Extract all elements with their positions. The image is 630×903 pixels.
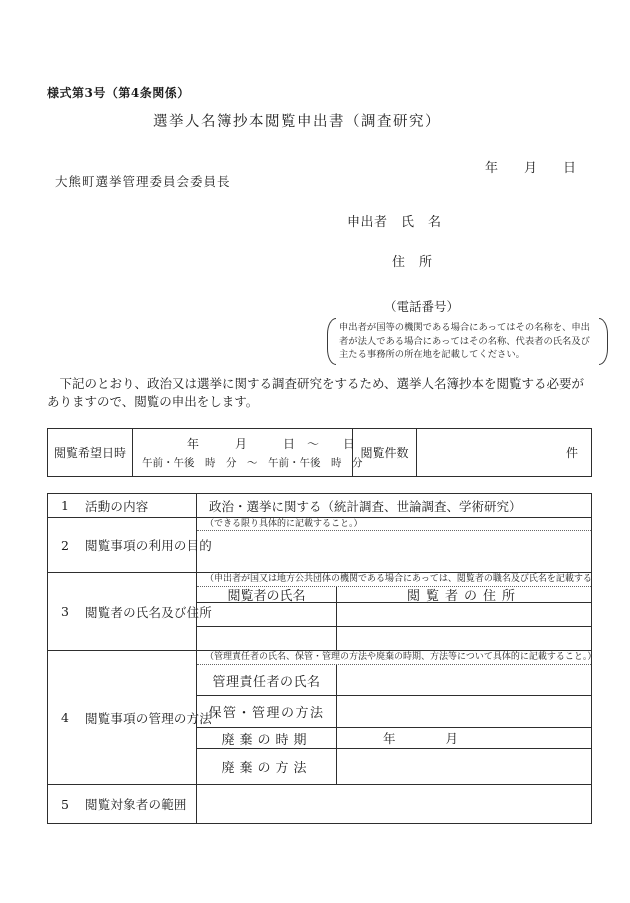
row-header: 3 閲覧者の氏名及び住所 [48, 573, 197, 650]
table-row-target-scope: 5 閲覧対象者の範囲 [48, 785, 591, 823]
disposal-method-row: 廃棄の方法 [197, 749, 591, 784]
purpose-note: （できる限り具体的に記載すること。） [197, 518, 591, 531]
page-title: 選挙人名簿抄本閲覧申出書（調査研究） [0, 110, 612, 131]
row-header: 5 閲覧対象者の範囲 [48, 785, 197, 823]
storage-method-label: 保管・管理の方法 [197, 696, 337, 727]
viewer-entry-row [197, 603, 591, 627]
row-label: 活動の内容 [85, 497, 149, 515]
applicant-note-text: 申出者が国等の機関である場合にあってはその名称を、申出 者が法人である場合にあっ… [336, 318, 599, 365]
left-bracket [327, 318, 336, 365]
row-number: 5 [61, 797, 68, 812]
storage-method-value [337, 696, 591, 727]
applicant-note-line: 申出者が国等の機関である場合にあってはその名称を、申出 [339, 321, 596, 335]
row-label: 閲覧事項の管理の方法 [85, 709, 212, 727]
applicant-note: 申出者が国等の機関である場合にあってはその名称を、申出 者が法人である場合にあっ… [327, 318, 608, 365]
row-header: 1 活動の内容 [48, 494, 197, 517]
viewer-address-cell [337, 627, 591, 651]
manager-name-row: 管理責任者の氏名 [197, 665, 591, 696]
viewer-name-header: 閲覧者の氏名 [197, 587, 337, 602]
row-label: 閲覧対象者の範囲 [85, 795, 187, 813]
row-number: 1 [61, 498, 68, 513]
view-count-label: 閲覧件数 [353, 429, 417, 476]
desired-datetime-label: 閲覧希望日時 [48, 429, 133, 476]
disposal-method-value [337, 749, 591, 784]
applicant-note-line: 主たる事務所の所在地を記載してください。 [339, 348, 596, 362]
applicant-name-label: 申出者 氏 名 [347, 211, 442, 230]
phone-number-label: （電話番号） [384, 297, 459, 315]
disposal-time-label: 廃棄の時期 [197, 728, 337, 748]
disposal-method-label: 廃棄の方法 [197, 749, 337, 784]
body-paragraph: 下記のとおり、政治又は選挙に関する調査研究をするため、選挙人名簿抄本を閲覧する必… [47, 375, 593, 410]
applicant-address-label: 住 所 [392, 251, 433, 270]
desired-datetime-cell: 年 月 日 ～ 日 午前・午後 時 分 ～ 午前・午後 時 分 [133, 429, 353, 476]
viewer-name-cell [197, 603, 337, 626]
viewers-header-row: 閲覧者の氏名 閲覧者の住所 [197, 587, 591, 603]
row-header: 4 閲覧事項の管理の方法 [48, 651, 197, 784]
row-label: 閲覧者の氏名及び住所 [85, 603, 212, 621]
applicant-note-line: 者が法人である場合にあってはその名称、代表者の氏名及び [339, 335, 596, 349]
activity-content: 政治・選挙に関する（統計調査、世論調査、学術研究） [197, 494, 591, 517]
target-scope-blank-area [197, 785, 591, 823]
disposal-time-row: 廃棄の時期 年 月 [197, 728, 591, 749]
view-count-unit: 件 [417, 429, 591, 476]
datetime-line-time: 午前・午後 時 分 ～ 午前・午後 時 分 [133, 455, 352, 470]
viewer-address-cell [337, 603, 591, 626]
viewer-entry-row [197, 627, 591, 651]
addressee-line: 大熊町選挙管理委員会委員長 [55, 172, 231, 190]
viewer-name-cell [197, 627, 337, 651]
right-bracket [599, 318, 608, 365]
disposal-time-value: 年 月 [337, 728, 591, 748]
row-label: 閲覧事項の利用の目的 [85, 536, 212, 554]
row-number: 3 [61, 604, 68, 619]
date-blank-line: 年 月 日 [485, 157, 576, 176]
management-note: （管理責任者の氏名、保管・管理の方法や廃棄の時期、方法等について具体的に記載する… [197, 651, 591, 665]
table-row-purpose: 2 閲覧事項の利用の目的 （できる限り具体的に記載すること。） [48, 518, 591, 573]
manager-name-value [337, 665, 591, 695]
viewer-address-header: 閲覧者の住所 [337, 587, 591, 602]
row-number: 4 [61, 710, 68, 725]
datetime-line-date: 年 月 日 ～ 日 [133, 435, 352, 452]
schedule-table: 閲覧希望日時 年 月 日 ～ 日 午前・午後 時 分 ～ 午前・午後 時 分 閲… [47, 428, 592, 477]
storage-method-row: 保管・管理の方法 [197, 696, 591, 728]
application-form-page: 様式第3号（第4条関係） 選挙人名簿抄本閲覧申出書（調査研究） 年 月 日 大熊… [0, 0, 630, 903]
form-number: 様式第3号（第4条関係） [47, 84, 190, 101]
row-header: 2 閲覧事項の利用の目的 [48, 518, 197, 572]
row-number: 2 [61, 538, 68, 553]
manager-name-label: 管理責任者の氏名 [197, 665, 337, 695]
main-table: 1 活動の内容 政治・選挙に関する（統計調査、世論調査、学術研究） 2 閲覧事項… [47, 493, 592, 824]
table-row-viewers: 3 閲覧者の氏名及び住所 （申出者が国又は地方公共団体の機関である場合にあっては… [48, 573, 591, 651]
table-row-management: 4 閲覧事項の管理の方法 （管理責任者の氏名、保管・管理の方法や廃棄の時期、方法… [48, 651, 591, 785]
table-row-activity: 1 活動の内容 政治・選挙に関する（統計調査、世論調査、学術研究） [48, 494, 591, 518]
